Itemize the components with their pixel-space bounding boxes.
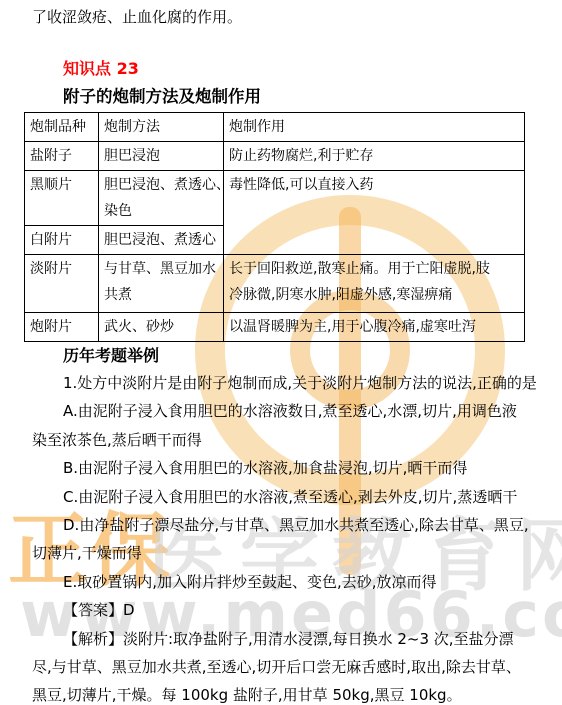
intro-paragraph: 了收涩敛疮、止血化腐的作用。 bbox=[32, 6, 242, 27]
option-d-continuation: 切薄片,干燥而得 bbox=[32, 539, 542, 567]
table-row: 炮附片 武火、砂炒 以温肾暖脾为主,用于心腹冷痛,虚寒吐泻 bbox=[25, 313, 525, 342]
effect-cell: 以温肾暖脾为主,用于心腹冷痛,虚寒吐泻 bbox=[224, 313, 525, 342]
method-cell: 武火、砂炒 bbox=[99, 313, 224, 342]
species-cell: 炮附片 bbox=[25, 313, 99, 342]
option-e-line: E.取砂置锅内,加入附片拌炒至鼓起、变色,去砂,放凉而得 bbox=[32, 568, 542, 596]
analysis-line: 【解析】淡附片:取净盐附子,用清水浸漂,每日换水 2~3 次,至盐分漂 bbox=[32, 625, 542, 653]
species-cell: 黑顺片 bbox=[25, 171, 99, 226]
analysis-continuation: 黑豆,切薄片,干燥。每 100kg 盐附子,用甘草 50kg,黑豆 10kg。 bbox=[32, 681, 542, 705]
study-document-page: { "document": { "intro_text": "了收涩敛疮、止血化… bbox=[0, 0, 562, 705]
header-species: 炮制品种 bbox=[25, 113, 99, 142]
table-row: 盐附子 胆巴浸泡 防止药物腐烂,利于贮存 bbox=[25, 142, 525, 171]
option-d-line: D.由净盐附子漂尽盐分,与甘草、黑豆加水共煮至透心,除去甘草、黑豆, bbox=[32, 511, 542, 539]
option-a-line: A.由泥附子浸入食用胆巴的水溶液数日,煮至透心,水漂,切片,用调色液 bbox=[32, 397, 542, 425]
table-title: 附子的炮制方法及炮制作用 bbox=[63, 83, 261, 107]
option-a-continuation: 染至浓茶色,蒸后晒干而得 bbox=[32, 426, 542, 454]
effect-cell-merged: 毒性降低,可以直接入药 bbox=[224, 171, 525, 255]
species-cell: 淡附片 bbox=[25, 255, 99, 313]
method-cell: 胆巴浸泡、煮透心 bbox=[99, 226, 224, 255]
header-effect: 炮制作用 bbox=[224, 113, 525, 142]
method-cell: 胆巴浸泡、煮透心、 染色 bbox=[99, 171, 224, 226]
question-line: 1.处方中淡附片是由附子炮制而成,关于淡附片炮制方法的说法,正确的是 bbox=[32, 369, 542, 397]
option-c-line: C.由泥附子浸入食用胆巴的水溶液,煮至透心,剥去外皮,切片,蒸透晒干 bbox=[32, 483, 542, 511]
species-cell: 盐附子 bbox=[25, 142, 99, 171]
species-cell: 白附片 bbox=[25, 226, 99, 255]
answer-line: 【答案】D bbox=[32, 596, 542, 624]
exam-examples-heading: 历年考题举例 bbox=[63, 343, 159, 366]
method-cell: 与甘草、黑豆加水 共煮 bbox=[99, 255, 224, 313]
effect-cell: 长于回阳救逆,散寒止痛。用于亡阳虚脱,肢 冷脉微,阴寒水肿,阳虚外感,寒湿痹痛 bbox=[224, 255, 525, 313]
header-method: 炮制方法 bbox=[99, 113, 224, 142]
effect-cell: 防止药物腐烂,利于贮存 bbox=[224, 142, 525, 171]
table-row: 黑顺片 胆巴浸泡、煮透心、 染色 毒性降低,可以直接入药 bbox=[25, 171, 525, 226]
method-cell: 胆巴浸泡 bbox=[99, 142, 224, 171]
knowledge-point-heading: 知识点 23 bbox=[63, 56, 139, 79]
exam-text-block: 1.处方中淡附片是由附子炮制而成,关于淡附片炮制方法的说法,正确的是 A.由泥附… bbox=[32, 369, 542, 705]
table-header-row: 炮制品种 炮制方法 炮制作用 bbox=[25, 113, 525, 142]
processing-methods-table: 炮制品种 炮制方法 炮制作用 盐附子 胆巴浸泡 防止药物腐烂,利于贮存 黑顺片 … bbox=[24, 112, 525, 342]
analysis-continuation: 尽,与甘草、黑豆加水共煮,至透心,切开后口尝无麻舌感时,取出,除去甘草、 bbox=[32, 653, 542, 681]
document-content: 了收涩敛疮、止血化腐的作用。 知识点 23 附子的炮制方法及炮制作用 炮制品种 … bbox=[0, 0, 562, 705]
option-b-line: B.由泥附子浸入食用胆巴的水溶液,加食盐浸泡,切片,晒干而得 bbox=[32, 454, 542, 482]
table-row: 淡附片 与甘草、黑豆加水 共煮 长于回阳救逆,散寒止痛。用于亡阳虚脱,肢 冷脉微… bbox=[25, 255, 525, 313]
